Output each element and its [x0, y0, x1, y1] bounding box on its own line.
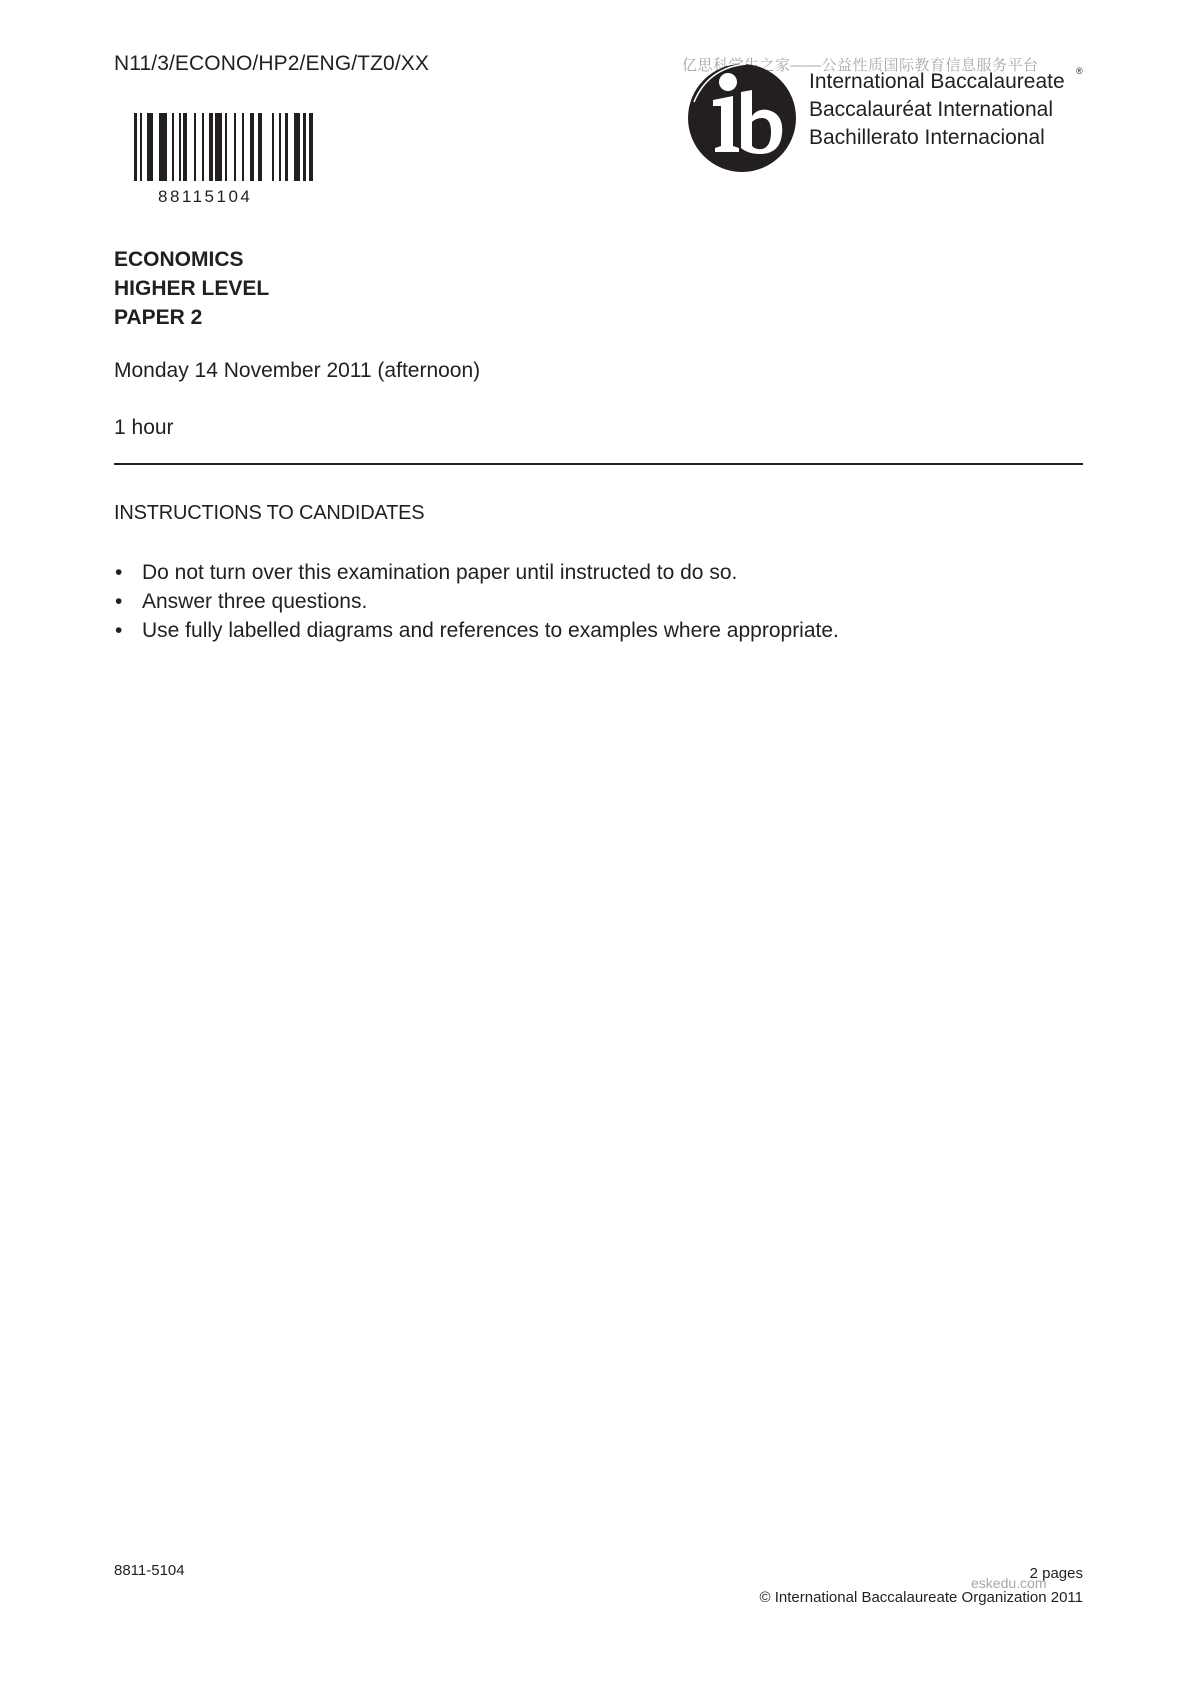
instructions-heading: INSTRUCTIONS TO CANDIDATES	[114, 502, 424, 525]
organization-name-en: International Baccalaureate	[809, 68, 1065, 96]
bullet-icon: •	[115, 587, 122, 616]
footer-code: 8811-5104	[114, 1562, 185, 1579]
exam-duration: 1 hour	[114, 416, 174, 440]
registered-mark: ®	[1076, 66, 1083, 76]
exam-date: Monday 14 November 2011 (afternoon)	[114, 359, 480, 383]
bullet-icon: •	[115, 558, 122, 587]
subject-level: HIGHER LEVEL	[114, 274, 269, 303]
instructions-list: • Do not turn over this examination pape…	[114, 558, 839, 645]
paper-code: N11/3/ECONO/HP2/ENG/TZ0/XX	[114, 52, 429, 76]
subject-name: ECONOMICS	[114, 245, 269, 274]
organization-name-es: Bachillerato Internacional	[809, 124, 1065, 152]
divider	[114, 463, 1083, 465]
organization-names: International Baccalaureate Baccalauréat…	[809, 68, 1065, 152]
barcode-icon	[134, 113, 316, 181]
instruction-text: Answer three questions.	[142, 590, 367, 613]
bullet-icon: •	[115, 616, 122, 645]
instruction-text: Use fully labelled diagrams and referenc…	[142, 619, 839, 642]
watermark-text: eskedu.com	[971, 1575, 1046, 1591]
instruction-item: • Answer three questions.	[114, 587, 839, 616]
barcode-number: 88115104	[158, 187, 252, 207]
instruction-item: • Do not turn over this examination pape…	[114, 558, 839, 587]
instruction-text: Do not turn over this examination paper …	[142, 561, 737, 584]
instruction-item: • Use fully labelled diagrams and refere…	[114, 616, 839, 645]
ib-logo-icon	[686, 62, 798, 174]
paper-number: PAPER 2	[114, 303, 269, 332]
organization-name-fr: Baccalauréat International	[809, 96, 1065, 124]
subject-title: ECONOMICS HIGHER LEVEL PAPER 2	[114, 245, 269, 332]
